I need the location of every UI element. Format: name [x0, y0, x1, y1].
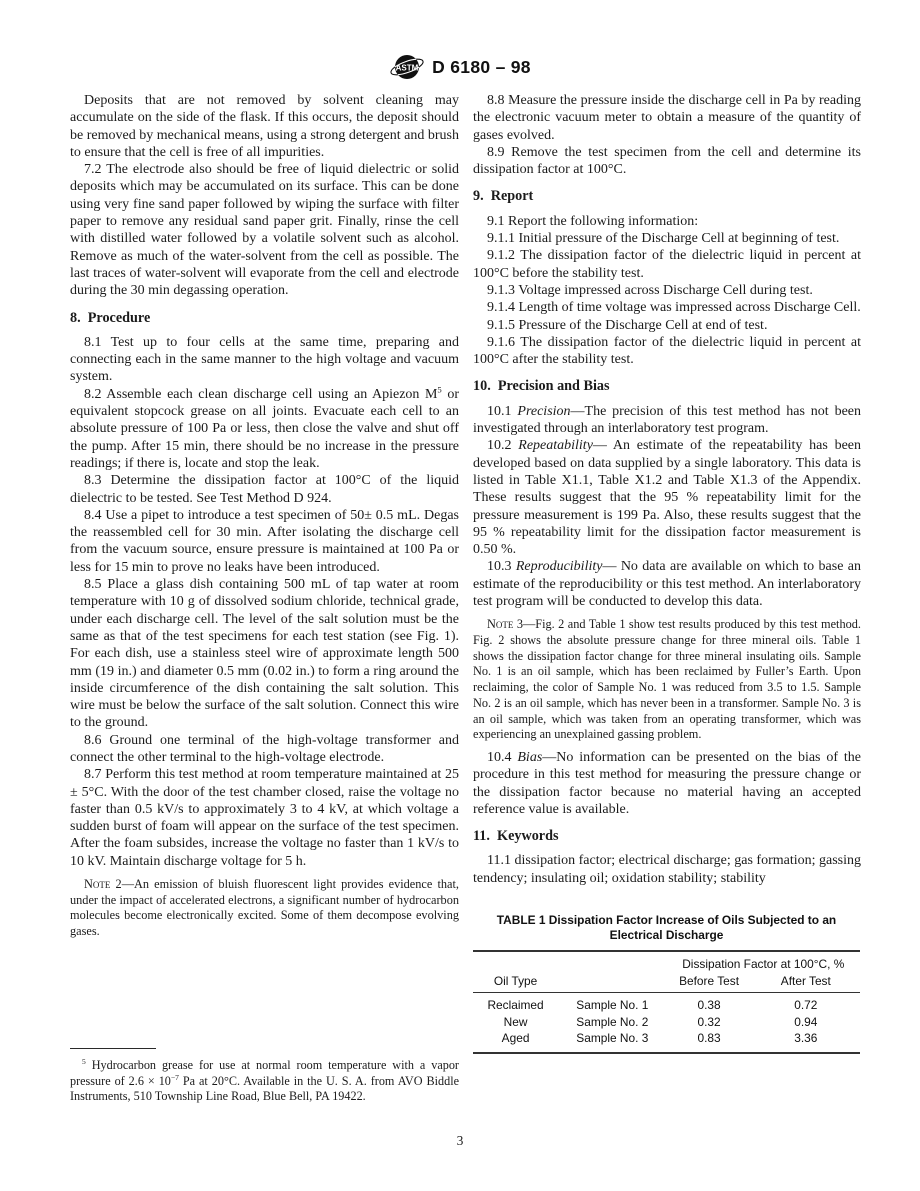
paragraph-10-2: 10.2 Repeatability— An estimate of the r… [473, 437, 861, 558]
paragraph-8-1: 8.1 Test up to four cells at the same ti… [70, 334, 459, 386]
paragraph-8-8: 8.8 Measure the pressure inside the disc… [473, 92, 861, 144]
table-cell-sample: Sample No. 1 [558, 993, 666, 1014]
standard-designation: D 6180 – 98 [432, 57, 531, 78]
paragraph-8-5: 8.5 Place a glass dish containing 500 mL… [70, 576, 459, 732]
note-2-text: —An emission of bluish fluorescent light… [70, 877, 459, 938]
section-heading-8-procedure: 8. Procedure [70, 310, 459, 327]
table-1-grid: Dissipation Factor at 100°C, % Oil Type … [473, 950, 860, 1054]
page-number: 3 [0, 1133, 920, 1149]
table-1-title: TABLE 1 Dissipation Factor Increase of O… [473, 913, 860, 942]
table-cell-after: 0.72 [752, 993, 860, 1014]
paragraph-10-2-number: 10.2 [487, 438, 518, 453]
table-1-empty-cell [558, 973, 666, 993]
footnote-5: 5 Hydrocarbon grease for use at normal r… [70, 1058, 459, 1105]
table-cell-oil-type: Reclaimed [473, 993, 558, 1014]
paragraph-10-1: 10.1 Precision—The precision of this tes… [473, 403, 861, 438]
section-heading-11-keywords: 11. Keywords [473, 828, 861, 845]
section-heading-10-precision-and-bias: 10. Precision and Bias [473, 378, 861, 395]
paragraph-10-1-term: Precision [517, 404, 570, 419]
paragraph-9-1-5: 9.1.5 Pressure of the Discharge Cell at … [473, 317, 861, 334]
note-3: Note 3—Fig. 2 and Table 1 show test resu… [473, 617, 861, 743]
table-cell-before: 0.83 [666, 1030, 751, 1053]
paragraph-10-2-term: Repeatability [518, 438, 593, 453]
paragraph-10-1-number: 10.1 [487, 404, 517, 419]
paragraph-10-3-number: 10.3 [487, 559, 516, 574]
table-1-empty-cell [558, 951, 666, 973]
table-1-title-line-1: TABLE 1 Dissipation Factor Increase of O… [497, 913, 836, 927]
table-1-header-before-test: Before Test [666, 973, 751, 993]
note-3-label: Note 3 [487, 617, 523, 631]
paragraph-8-2-text: 8.2 Assemble each clean discharge cell u… [84, 387, 437, 402]
table-row: Reclaimed Sample No. 1 0.38 0.72 [473, 993, 860, 1014]
footnote-block: 5 Hydrocarbon grease for use at normal r… [70, 1048, 459, 1105]
paragraph-8-9: 8.9 Remove the test specimen from the ce… [473, 144, 861, 179]
astm-logo-icon: ASTM [389, 50, 425, 84]
note-3-text: —Fig. 2 and Table 1 show test results pr… [473, 617, 861, 741]
document-page: ASTM D 6180 – 98 Deposits that are not r… [0, 0, 920, 1191]
paragraph-9-1-6: 9.1.6 The dissipation factor of the diel… [473, 334, 861, 369]
table-cell-before: 0.38 [666, 993, 751, 1014]
paragraph-11-1: 11.1 dissipation factor; electrical disc… [473, 852, 861, 887]
table-cell-after: 0.94 [752, 1014, 860, 1031]
table-1-column-header-row: Oil Type Before Test After Test [473, 973, 860, 993]
table-1-empty-cell [473, 951, 558, 973]
table-cell-after: 3.36 [752, 1030, 860, 1053]
paragraph-9-1-4: 9.1.4 Length of time voltage was impress… [473, 299, 861, 316]
paragraph-10-4-term: Bias [517, 750, 542, 765]
footnote-5-exponent: −7 [171, 1073, 179, 1082]
note-2-label: Note 2 [84, 877, 122, 891]
paragraph-deposits: Deposits that are not removed by solvent… [70, 92, 459, 161]
paragraph-8-7: 8.7 Perform this test method at room tem… [70, 766, 459, 870]
paragraph-7-2: 7.2 The electrode also should be free of… [70, 161, 459, 299]
table-cell-before: 0.32 [666, 1014, 751, 1031]
paragraph-10-2-text: — An estimate of the repeatability has b… [473, 438, 861, 557]
paragraph-9-1: 9.1 Report the following information: [473, 213, 861, 230]
footnote-separator-rule [70, 1048, 156, 1049]
table-cell-sample: Sample No. 2 [558, 1014, 666, 1031]
right-column: 8.8 Measure the pressure inside the disc… [473, 92, 861, 1142]
table-cell-sample: Sample No. 3 [558, 1030, 666, 1053]
table-1-group-header: Dissipation Factor at 100°C, % [666, 951, 860, 973]
paragraph-10-4: 10.4 Bias—No information can be presente… [473, 749, 861, 818]
left-column: Deposits that are not removed by solvent… [70, 92, 459, 1142]
table-1-header-after-test: After Test [752, 973, 860, 993]
paragraph-8-4: 8.4 Use a pipet to introduce a test spec… [70, 507, 459, 576]
table-row: New Sample No. 2 0.32 0.94 [473, 1014, 860, 1031]
paragraph-9-1-3: 9.1.3 Voltage impressed across Discharge… [473, 282, 861, 299]
section-heading-9-report: 9. Report [473, 188, 861, 205]
paragraph-9-1-2: 9.1.2 The dissipation factor of the diel… [473, 247, 861, 282]
paragraph-10-3-term: Reproducibility [516, 559, 603, 574]
paragraph-10-3: 10.3 Reproducibility— No data are availa… [473, 558, 861, 610]
paragraph-8-3: 8.3 Determine the dissipation factor at … [70, 472, 459, 507]
table-cell-oil-type: Aged [473, 1030, 558, 1053]
paragraph-8-2: 8.2 Assemble each clean discharge cell u… [70, 386, 459, 472]
table-1-title-line-2: Electrical Discharge [610, 928, 724, 942]
astm-logo-text: ASTM [396, 64, 419, 73]
document-header: ASTM D 6180 – 98 [0, 50, 920, 84]
table-1-group-header-row: Dissipation Factor at 100°C, % [473, 951, 860, 973]
note-2: Note 2—An emission of bluish fluorescent… [70, 877, 459, 940]
table-1: TABLE 1 Dissipation Factor Increase of O… [473, 913, 860, 1054]
table-row: Aged Sample No. 3 0.83 3.36 [473, 1030, 860, 1053]
table-1-header-oil-type: Oil Type [473, 973, 558, 993]
paragraph-9-1-1: 9.1.1 Initial pressure of the Discharge … [473, 230, 861, 247]
paragraph-10-4-number: 10.4 [487, 750, 517, 765]
table-cell-oil-type: New [473, 1014, 558, 1031]
paragraph-8-6: 8.6 Ground one terminal of the high-volt… [70, 732, 459, 767]
